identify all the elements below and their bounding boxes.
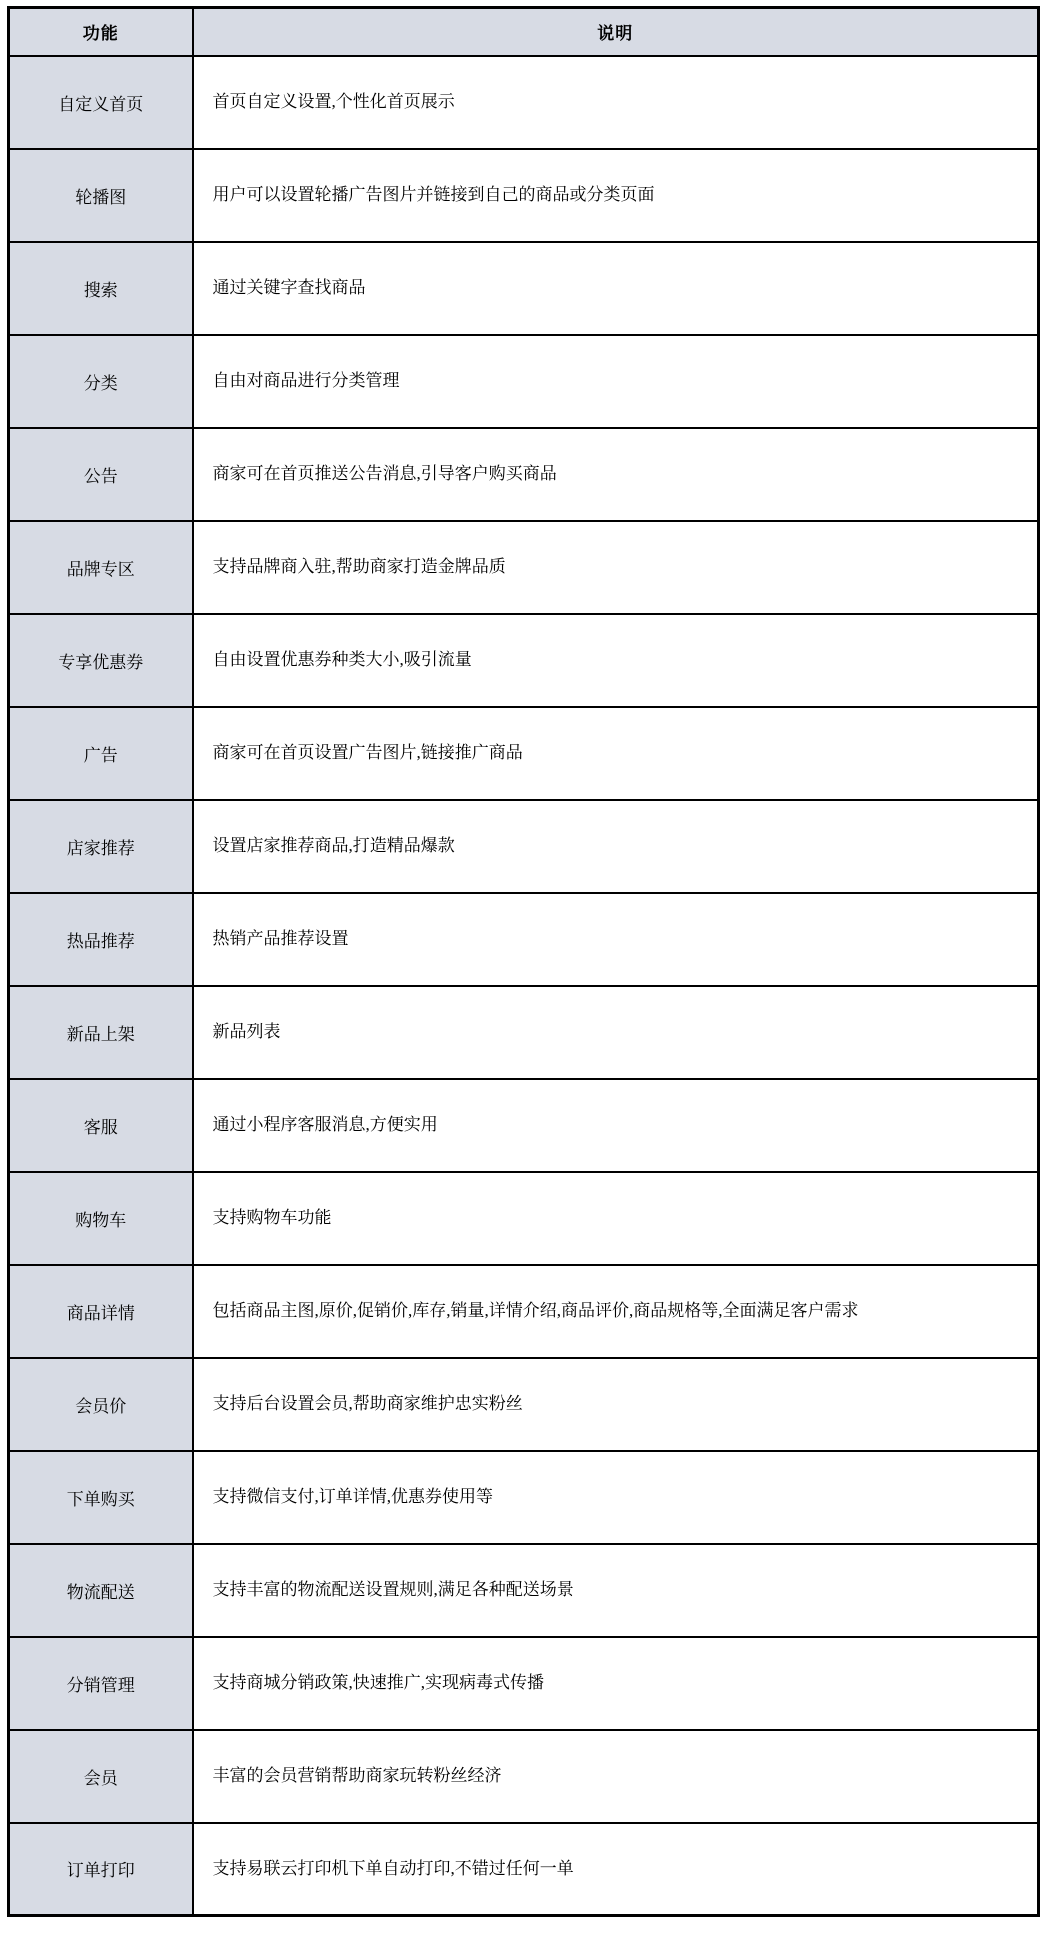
header-cell-feature: 功能	[9, 8, 193, 56]
description-cell: 首页自定义设置,个性化首页展示	[193, 56, 1039, 149]
features-table: 功能 说明 自定义首页 首页自定义设置,个性化首页展示 轮播图 用户可以设置轮播…	[7, 6, 1040, 1917]
description-cell: 支持后台设置会员,帮助商家维护忠实粉丝	[193, 1358, 1039, 1451]
table-row: 物流配送 支持丰富的物流配送设置规则,满足各种配送场景	[9, 1544, 1039, 1637]
feature-cell: 店家推荐	[9, 800, 193, 893]
table-row: 搜索 通过关键字查找商品	[9, 242, 1039, 335]
feature-cell: 新品上架	[9, 986, 193, 1079]
feature-cell: 分销管理	[9, 1637, 193, 1730]
description-cell: 支持微信支付,订单详情,优惠券使用等	[193, 1451, 1039, 1544]
table-row: 店家推荐 设置店家推荐商品,打造精品爆款	[9, 800, 1039, 893]
feature-cell: 订单打印	[9, 1823, 193, 1916]
table-row: 专享优惠券 自由设置优惠券种类大小,吸引流量	[9, 614, 1039, 707]
description-cell: 自由对商品进行分类管理	[193, 335, 1039, 428]
description-cell: 商家可在首页设置广告图片,链接推广商品	[193, 707, 1039, 800]
feature-cell: 广告	[9, 707, 193, 800]
description-cell: 丰富的会员营销帮助商家玩转粉丝经济	[193, 1730, 1039, 1823]
description-cell: 自由设置优惠券种类大小,吸引流量	[193, 614, 1039, 707]
table-body: 自定义首页 首页自定义设置,个性化首页展示 轮播图 用户可以设置轮播广告图片并链…	[9, 56, 1039, 1916]
feature-cell: 客服	[9, 1079, 193, 1172]
description-cell: 热销产品推荐设置	[193, 893, 1039, 986]
feature-cell: 物流配送	[9, 1544, 193, 1637]
feature-cell: 品牌专区	[9, 521, 193, 614]
description-cell: 通过小程序客服消息,方便实用	[193, 1079, 1039, 1172]
table-row: 客服 通过小程序客服消息,方便实用	[9, 1079, 1039, 1172]
table-row: 公告 商家可在首页推送公告消息,引导客户购买商品	[9, 428, 1039, 521]
table-row: 热品推荐 热销产品推荐设置	[9, 893, 1039, 986]
table-row: 分类 自由对商品进行分类管理	[9, 335, 1039, 428]
table-row: 购物车 支持购物车功能	[9, 1172, 1039, 1265]
table-row: 商品详情 包括商品主图,原价,促销价,库存,销量,详情介绍,商品评价,商品规格等…	[9, 1265, 1039, 1358]
description-cell: 包括商品主图,原价,促销价,库存,销量,详情介绍,商品评价,商品规格等,全面满足…	[193, 1265, 1039, 1358]
feature-cell: 购物车	[9, 1172, 193, 1265]
description-cell: 用户可以设置轮播广告图片并链接到自己的商品或分类页面	[193, 149, 1039, 242]
feature-cell: 会员价	[9, 1358, 193, 1451]
table-row: 自定义首页 首页自定义设置,个性化首页展示	[9, 56, 1039, 149]
feature-cell: 专享优惠券	[9, 614, 193, 707]
table-row: 订单打印 支持易联云打印机下单自动打印,不错过任何一单	[9, 1823, 1039, 1916]
description-cell: 支持购物车功能	[193, 1172, 1039, 1265]
feature-cell: 商品详情	[9, 1265, 193, 1358]
description-cell: 新品列表	[193, 986, 1039, 1079]
feature-table-container: 功能 说明 自定义首页 首页自定义设置,个性化首页展示 轮播图 用户可以设置轮播…	[7, 6, 1040, 1917]
feature-cell: 下单购买	[9, 1451, 193, 1544]
table-header: 功能 说明	[9, 8, 1039, 56]
table-row: 会员价 支持后台设置会员,帮助商家维护忠实粉丝	[9, 1358, 1039, 1451]
description-cell: 设置店家推荐商品,打造精品爆款	[193, 800, 1039, 893]
feature-cell: 分类	[9, 335, 193, 428]
feature-cell: 公告	[9, 428, 193, 521]
feature-cell: 热品推荐	[9, 893, 193, 986]
header-row: 功能 说明	[9, 8, 1039, 56]
description-cell: 支持品牌商入驻,帮助商家打造金牌品质	[193, 521, 1039, 614]
description-cell: 商家可在首页推送公告消息,引导客户购买商品	[193, 428, 1039, 521]
table-row: 分销管理 支持商城分销政策,快速推广,实现病毒式传播	[9, 1637, 1039, 1730]
table-row: 下单购买 支持微信支付,订单详情,优惠券使用等	[9, 1451, 1039, 1544]
feature-cell: 会员	[9, 1730, 193, 1823]
feature-cell: 搜索	[9, 242, 193, 335]
header-cell-description: 说明	[193, 8, 1039, 56]
table-row: 新品上架 新品列表	[9, 986, 1039, 1079]
table-row: 广告 商家可在首页设置广告图片,链接推广商品	[9, 707, 1039, 800]
description-cell: 支持易联云打印机下单自动打印,不错过任何一单	[193, 1823, 1039, 1916]
description-cell: 通过关键字查找商品	[193, 242, 1039, 335]
table-row: 会员 丰富的会员营销帮助商家玩转粉丝经济	[9, 1730, 1039, 1823]
description-cell: 支持丰富的物流配送设置规则,满足各种配送场景	[193, 1544, 1039, 1637]
feature-cell: 轮播图	[9, 149, 193, 242]
description-cell: 支持商城分销政策,快速推广,实现病毒式传播	[193, 1637, 1039, 1730]
table-row: 品牌专区 支持品牌商入驻,帮助商家打造金牌品质	[9, 521, 1039, 614]
feature-cell: 自定义首页	[9, 56, 193, 149]
table-row: 轮播图 用户可以设置轮播广告图片并链接到自己的商品或分类页面	[9, 149, 1039, 242]
